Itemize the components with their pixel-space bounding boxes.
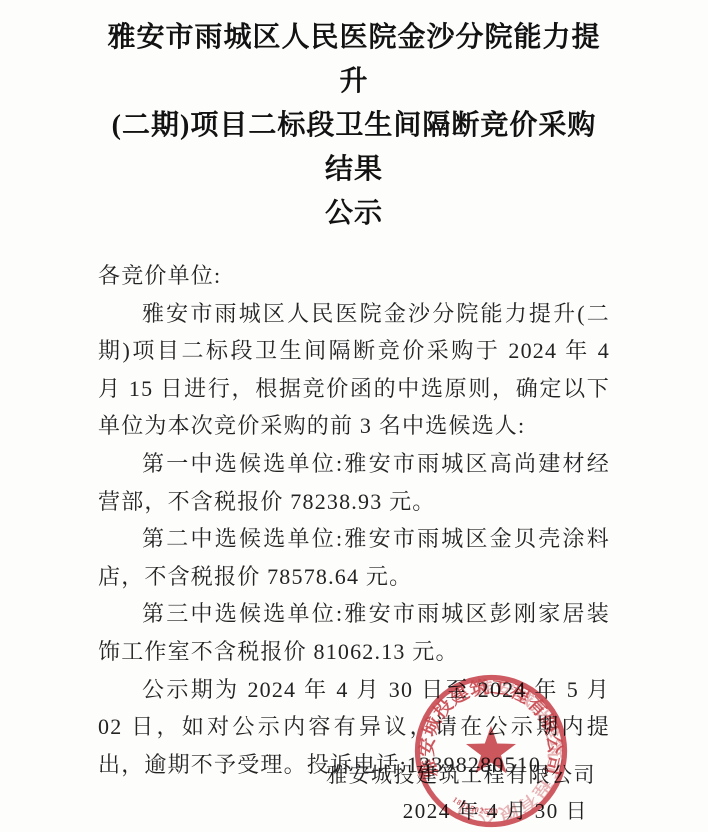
- signature-company: 雅安城投建筑工程有限公司: [326, 757, 596, 793]
- title-line-2: (二期)项目二标段卫生间隔断竞价采购结果: [98, 104, 610, 192]
- document-title: 雅安市雨城区人民医院金沙分院能力提升 (二期)项目二标段卫生间隔断竞价采购结果 …: [98, 16, 610, 236]
- document-body: 雅安市雨城区人民医院金沙分院能力提升 (二期)项目二标段卫生间隔断竞价采购结果 …: [0, 0, 708, 783]
- paragraph-candidate-1: 第一中选候选单位:雅安市雨城区高尚建材经营部，不含税报价 78238.93 元。: [98, 445, 610, 520]
- signature-date: 2024 年 4 月 30 日: [326, 793, 596, 829]
- paragraph-candidate-3: 第三中选候选单位:雅安市雨城区彭刚家居装饰工作室不含税报价 81062.13 元…: [98, 595, 610, 670]
- title-line-1: 雅安市雨城区人民医院金沙分院能力提升: [98, 16, 610, 104]
- paragraph-candidate-2: 第二中选候选单位:雅安市雨城区金贝壳涂料店，不含税报价 78578.64 元。: [98, 520, 610, 595]
- paragraph-intro: 雅安市雨城区人民医院金沙分院能力提升(二期)项目二标段卫生间隔断竞价采购于 20…: [98, 295, 610, 445]
- title-line-3: 公示: [98, 192, 610, 236]
- salutation: 各竞价单位:: [98, 257, 610, 295]
- signature-block: 雅安城投建筑工程有限公司 2024 年 4 月 30 日: [326, 757, 596, 829]
- document-page: 雅安市雨城区人民医院金沙分院能力提升 (二期)项目二标段卫生间隔断竞价采购结果 …: [0, 0, 708, 832]
